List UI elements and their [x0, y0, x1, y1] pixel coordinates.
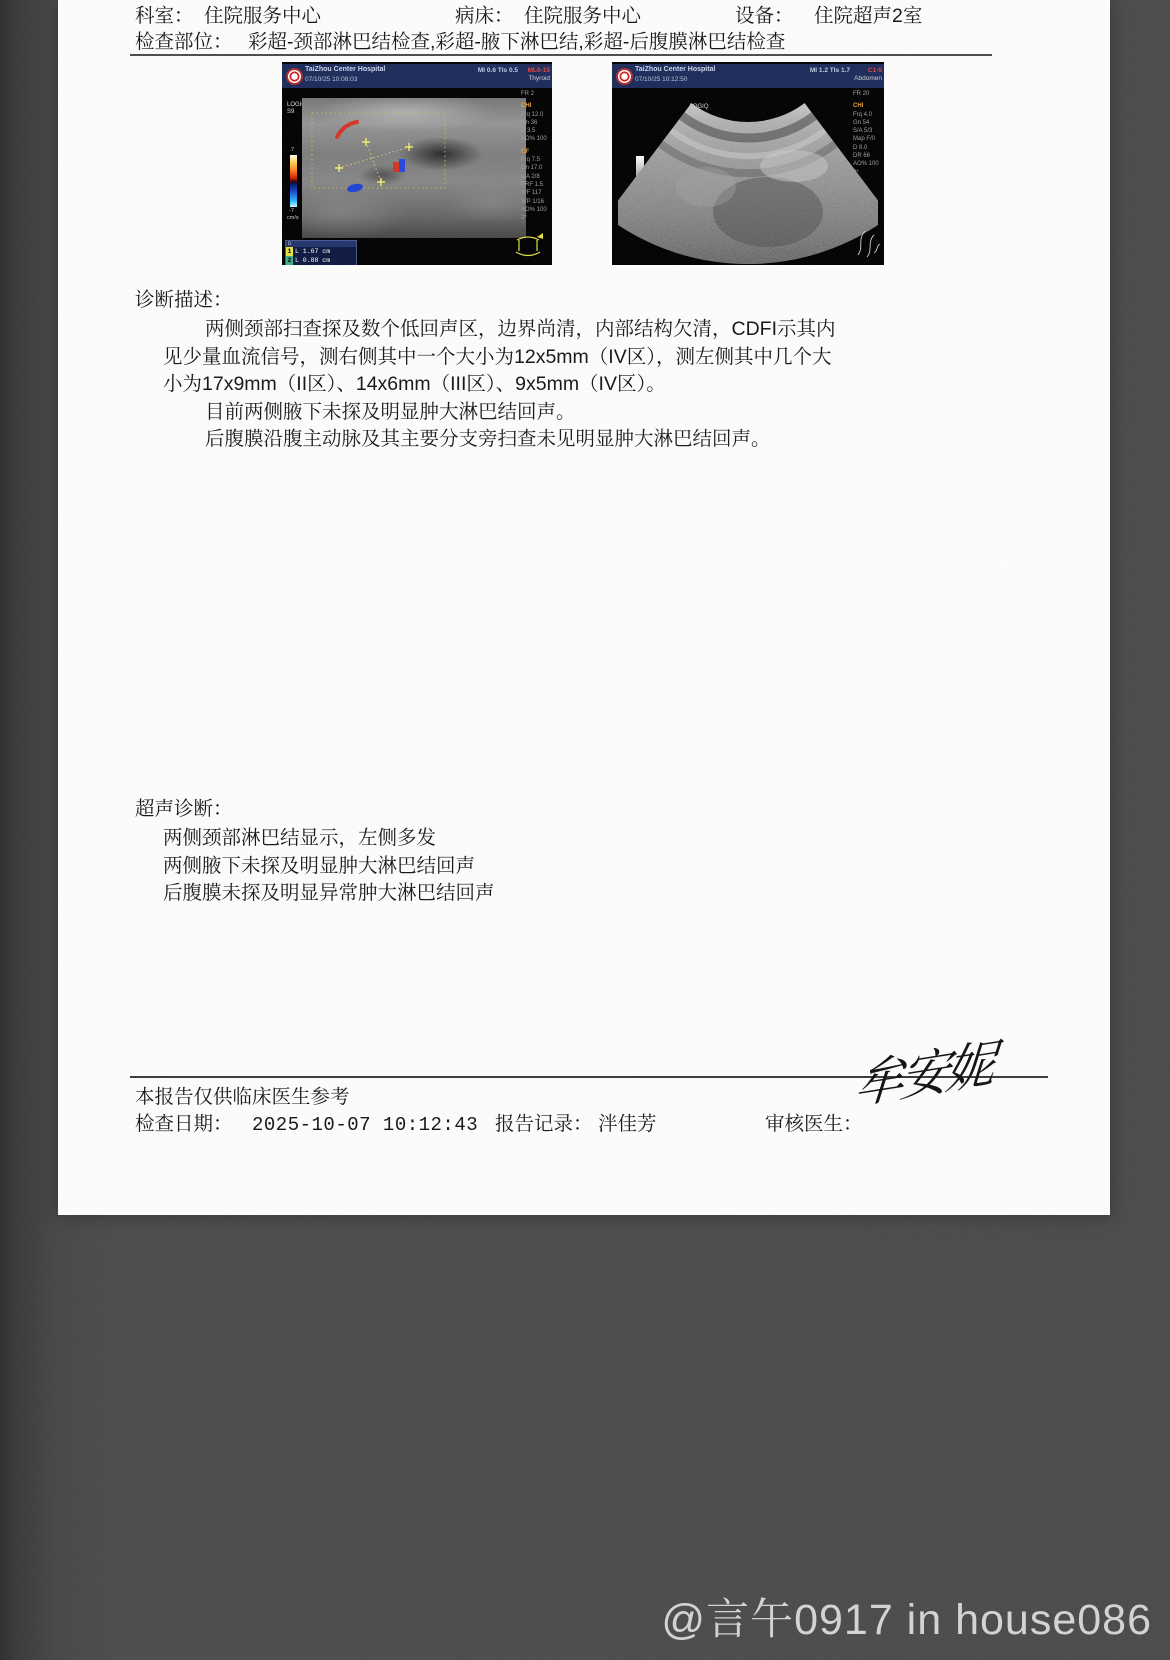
- us2-preset: Abdomen: [854, 75, 882, 82]
- measurement-row: 2L 0.88 cm: [286, 256, 356, 265]
- us1-param: AO% 100: [521, 135, 551, 143]
- us1-colorbar-unit: cm/s: [287, 215, 299, 221]
- us1-colorbar-min: -7: [289, 208, 294, 214]
- us2-corner-annotation-icon: [855, 227, 881, 259]
- us2-probe: C1-5: [868, 67, 882, 74]
- us1-mi-tis: MI 0.6 TIs 0.5: [478, 67, 518, 74]
- us1-hospital-name: TaiZhou Center Hospital: [305, 66, 385, 73]
- bed-value: 住院服务中心: [524, 4, 641, 28]
- us1-colorbar-max: 7: [291, 147, 294, 153]
- measurement-value: L 1.67 cm: [295, 248, 330, 255]
- diagnosis-line: 后腹膜未探及明显异常肿大淋巴结回声: [163, 880, 495, 908]
- measurement-row: 1L 1.67 cm: [286, 247, 356, 256]
- description-line: 两侧颈部扫查探及数个低回声区，边界尚清，内部结构欠清，CDFI示其内: [135, 316, 1019, 344]
- us1-param: CF: [521, 148, 551, 156]
- us2-param: CHI: [853, 102, 883, 110]
- us2-param: DR 66: [853, 152, 883, 160]
- ultrasound-image-abdomen: TaiZhou Center Hospital 07/10/25 10:12:5…: [612, 62, 884, 265]
- exam-date-label: 检查日期：: [135, 1112, 233, 1136]
- us1-probe: ML6-15: [528, 67, 550, 74]
- us1-param: 2*: [521, 214, 551, 222]
- header-divider: [130, 54, 992, 56]
- us1-parameter-panel: FR 2 CHI Frq 12.0 Gn 36 D 3.5 AO% 100 CF…: [521, 90, 551, 222]
- description-line: 见少量血流信号，测右侧其中一个大小为12x5mm（IV区），测左侧其中几个大: [135, 344, 1019, 372]
- dept-label: 科室：: [135, 4, 194, 28]
- us1-param: FR 2: [521, 90, 551, 98]
- hospital-logo-icon: [286, 68, 303, 85]
- us2-param: D 8.0: [853, 144, 883, 152]
- us2-param: S/A 5/3: [853, 127, 883, 135]
- us1-param: Gn 36: [521, 119, 551, 127]
- us1-header-bar: TaiZhou Center Hospital 07/10/25 10:08:0…: [282, 64, 552, 88]
- us1-doppler-colorbar: [290, 155, 297, 207]
- diagnosis-description-label: 诊断描述：: [135, 288, 233, 312]
- exam-site-value: 彩超-颈部淋巴结检查,彩超-腋下淋巴结,彩超-后腹膜淋巴结检查: [248, 30, 785, 54]
- us2-mi-tis: MI 1.2 TIs 1.7: [810, 67, 850, 74]
- us1-param: S/P 1/16: [521, 198, 551, 206]
- watermark-text: @言午0917 in house086: [661, 1586, 1152, 1647]
- us1-datetime: 07/10/25 10:08:03: [305, 76, 357, 83]
- us2-hospital-name: TaiZhou Center Hospital: [635, 66, 715, 73]
- us1-param: Frq 7.5: [521, 156, 551, 164]
- dept-value: 住院服务中心: [204, 4, 321, 28]
- ultrasound-diagnosis-label: 超声诊断：: [135, 797, 233, 821]
- footer-note: 本报告仅供临床医生参考: [135, 1085, 350, 1109]
- photo-background: 科室： 住院服务中心 病床： 住院服务中心 设备： 住院超声2室 检查部位： 彩…: [0, 0, 1170, 1660]
- device-label: 设备：: [735, 4, 794, 28]
- us1-param: WF 117: [521, 189, 551, 197]
- us2-param: Map F/0: [853, 135, 883, 143]
- measurement-index: 2: [286, 256, 293, 265]
- us1-param: CHI: [521, 102, 551, 110]
- reviewer-signature: 牟安妮: [850, 1009, 1085, 1137]
- us1-measurement-box: D 1L 1.67 cm 2L 0.88 cm: [285, 240, 357, 265]
- us2-fan-image: [618, 92, 878, 264]
- exam-site-label: 检查部位：: [135, 30, 233, 54]
- us2-param: 2*: [853, 169, 883, 177]
- us2-datetime: 07/10/25 10:12:50: [635, 76, 687, 83]
- recorder-value: 泮佳芳: [598, 1112, 657, 1136]
- measurement-index: 1: [286, 247, 293, 256]
- ultrasound-image-neck: TaiZhou Center Hospital 07/10/25 10:08:0…: [282, 62, 552, 265]
- report-page: 科室： 住院服务中心 病床： 住院服务中心 设备： 住院超声2室 检查部位： 彩…: [58, 0, 1110, 1215]
- diagnosis-line: 两侧颈部淋巴结显示，左侧多发: [163, 825, 495, 853]
- us2-machine-label: LOGIQ S9: [686, 104, 712, 118]
- device-value: 住院超声2室: [814, 4, 922, 28]
- hospital-logo-icon: [616, 68, 633, 85]
- us1-param: Frq 12.0: [521, 111, 551, 119]
- recorder-label: 报告记录：: [495, 1112, 593, 1136]
- reviewer-label: 审核医生：: [765, 1112, 863, 1136]
- description-line: 后腹膜沿腹主动脉及其主要分支旁扫查未见明显肿大淋巴结回声。: [135, 426, 1019, 454]
- us1-param: D 3.5: [521, 127, 551, 135]
- diagnosis-description-text: 两侧颈部扫查探及数个低回声区，边界尚清，内部结构欠清，CDFI示其内 见少量血流…: [135, 316, 1019, 454]
- us1-param: Gn 17.0: [521, 164, 551, 172]
- us1-tissue-area: [302, 98, 526, 238]
- us2-header-bar: TaiZhou Center Hospital 07/10/25 10:12:5…: [612, 64, 884, 88]
- us1-param: L/A 2/8: [521, 173, 551, 181]
- us2-param: FR 20: [853, 90, 883, 98]
- ultrasound-diagnosis-text: 两侧颈部淋巴结显示，左侧多发 两侧腋下未探及明显肿大淋巴结回声 后腹膜未探及明显…: [163, 825, 495, 908]
- us2-parameter-panel: FR 20 CHI Frq 4.0 Gn 54 S/A 5/3 Map F/0 …: [853, 90, 883, 177]
- description-line: 小为17x9mm（II区）、14x6mm（III区）、9x5mm（IV区）。: [135, 371, 1019, 399]
- us2-param: Gn 54: [853, 119, 883, 127]
- description-line: 目前两侧腋下未探及明显肿大淋巴结回声。: [135, 399, 1019, 427]
- us2-param: AO% 100: [853, 160, 883, 168]
- us1-param: AO% 100: [521, 206, 551, 214]
- exam-date-value: 2025-10-07 10:12:43: [252, 1113, 478, 1137]
- measurement-value: L 0.88 cm: [295, 257, 330, 264]
- bed-label: 病床：: [455, 4, 514, 28]
- us1-param: PRF 1.5: [521, 181, 551, 189]
- us2-grayscale-bar: [636, 156, 644, 206]
- us1-preset: Thyroid: [528, 75, 550, 82]
- us2-param: Frq 4.0: [853, 111, 883, 119]
- diagnosis-line: 两侧腋下未探及明显肿大淋巴结回声: [163, 853, 495, 881]
